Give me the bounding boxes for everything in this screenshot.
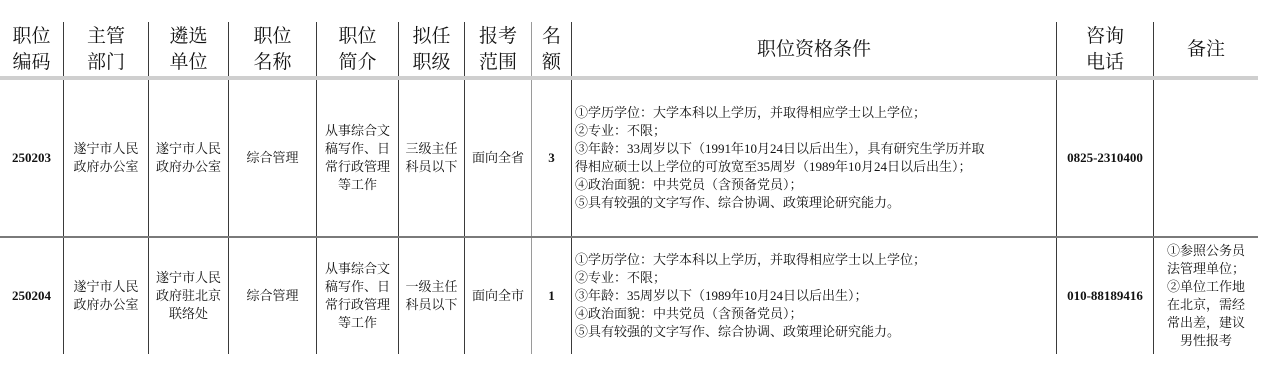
phone: 0825-2310400 bbox=[1056, 80, 1153, 236]
position-name: 综合管理 bbox=[228, 80, 316, 236]
scope: 面向全省 bbox=[464, 80, 531, 236]
scope: 面向全市 bbox=[464, 238, 531, 354]
header-quota: 名 额 bbox=[531, 22, 571, 76]
header-position-name: 职位 名称 bbox=[228, 22, 316, 76]
position-description: 从事综合文 稿写作、日 常行政管理 等工作 bbox=[316, 80, 398, 236]
position-code: 250203 bbox=[0, 80, 63, 236]
table-row: 250204 遂宁市人民 政府办公室 遂宁市人民 政府驻北京 联络处 综合管理 … bbox=[0, 238, 1258, 354]
requirement-item: ⑤具有较强的文字写作、综合协调、政策理论研究能力。 bbox=[575, 323, 926, 341]
position-name: 综合管理 bbox=[228, 238, 316, 354]
notes: ①参照公务员 法管理单位； ②单位工作地 在北京，需经 常出差，建议 男性报考 bbox=[1153, 238, 1258, 354]
position-description: 从事综合文 稿写作、日 常行政管理 等工作 bbox=[316, 238, 398, 354]
requirement-item: ③年龄：35周岁以下（1989年10月24日以后出生）； bbox=[575, 287, 926, 305]
header-rank: 拟任 职级 bbox=[398, 22, 464, 76]
header-position-code: 职位 编码 bbox=[0, 22, 63, 76]
department: 遂宁市人民 政府办公室 bbox=[63, 80, 148, 236]
header-scope: 报考 范围 bbox=[464, 22, 531, 76]
requirements: ①学历学位：大学本科以上学历，并取得相应学士以上学位； ②专业：不限； ③年龄：… bbox=[571, 80, 1056, 236]
requirement-item: ①学历学位：大学本科以上学历，并取得相应学士以上学位； bbox=[575, 251, 926, 269]
table-row: 250203 遂宁市人民 政府办公室 遂宁市人民 政府办公室 综合管理 从事综合… bbox=[0, 80, 1258, 238]
requirement-item: ②专业：不限； bbox=[575, 269, 926, 287]
notes bbox=[1153, 80, 1258, 236]
requirements-list: ①学历学位：大学本科以上学历，并取得相应学士以上学位； ②专业：不限； ③年龄：… bbox=[575, 251, 926, 341]
requirement-item: ①学历学位：大学本科以上学历，并取得相应学士以上学位； bbox=[575, 104, 985, 122]
table-header-row: 职位 编码 主管 部门 遴选 单位 职位 名称 职位 简介 拟任 职级 报考 范… bbox=[0, 22, 1258, 80]
header-department: 主管 部门 bbox=[63, 22, 148, 76]
requirement-item: ③年龄：33周岁以下（1991年10月24日以后出生），具有研究生学历并取 得相… bbox=[575, 140, 985, 176]
quota: 3 bbox=[531, 80, 571, 236]
header-phone: 咨询 电话 bbox=[1056, 22, 1153, 76]
department: 遂宁市人民 政府办公室 bbox=[63, 238, 148, 354]
phone: 010-88189416 bbox=[1056, 238, 1153, 354]
requirement-item: ⑤具有较强的文字写作、综合协调、政策理论研究能力。 bbox=[575, 194, 985, 212]
job-positions-table: 职位 编码 主管 部门 遴选 单位 职位 名称 职位 简介 拟任 职级 报考 范… bbox=[0, 22, 1258, 354]
header-requirements: 职位资格条件 bbox=[571, 22, 1056, 76]
header-selection-unit: 遴选 单位 bbox=[148, 22, 228, 76]
quota: 1 bbox=[531, 238, 571, 354]
rank: 一级主任 科员以下 bbox=[398, 238, 464, 354]
header-notes: 备注 bbox=[1153, 22, 1258, 76]
selection-unit: 遂宁市人民 政府办公室 bbox=[148, 80, 228, 236]
position-code: 250204 bbox=[0, 238, 63, 354]
requirements: ①学历学位：大学本科以上学历，并取得相应学士以上学位； ②专业：不限； ③年龄：… bbox=[571, 238, 1056, 354]
header-position-description: 职位 简介 bbox=[316, 22, 398, 76]
selection-unit: 遂宁市人民 政府驻北京 联络处 bbox=[148, 238, 228, 354]
requirement-item: ④政治面貌：中共党员（含预备党员）； bbox=[575, 305, 926, 323]
requirement-item: ②专业：不限； bbox=[575, 122, 985, 140]
requirements-list: ①学历学位：大学本科以上学历，并取得相应学士以上学位； ②专业：不限； ③年龄：… bbox=[575, 104, 985, 212]
requirement-item: ④政治面貌：中共党员（含预备党员）； bbox=[575, 176, 985, 194]
rank: 三级主任 科员以下 bbox=[398, 80, 464, 236]
